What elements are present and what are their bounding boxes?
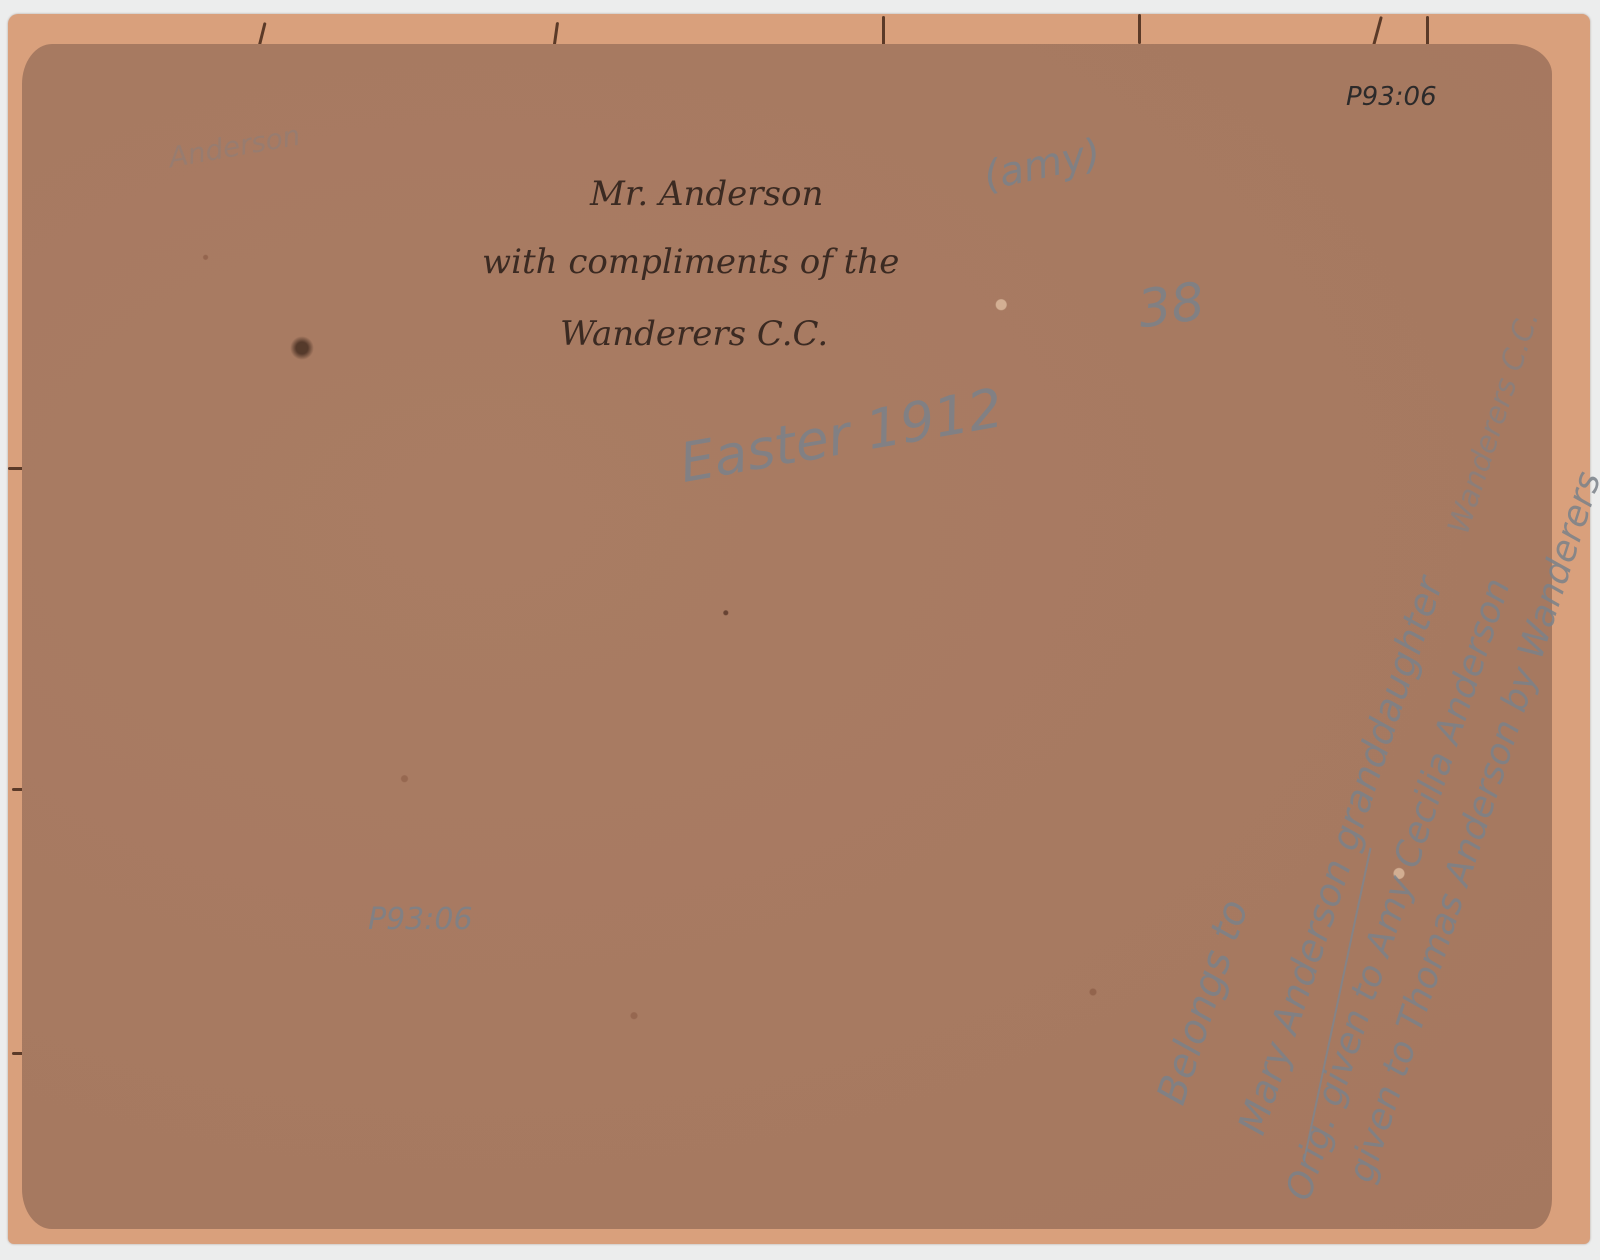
inscription-line-2: with compliments of the [482,242,899,282]
tack-nail [882,16,885,46]
inscription-line-3: Wanderers C.C. [560,314,828,354]
number-note: 38 [1134,272,1208,341]
tack-nail [1426,16,1429,46]
catalog-number-top: P93:06 [1346,82,1437,112]
mount-board: P93:06 Anderson Mr. Anderson with compli… [8,14,1590,1244]
tack-nail [1138,14,1141,44]
inscription-line-1: Mr. Anderson [590,174,823,214]
catalog-number-bottom: P93:06 [368,902,473,937]
tack-nail [1372,16,1383,46]
stain-cluster [288,334,316,362]
